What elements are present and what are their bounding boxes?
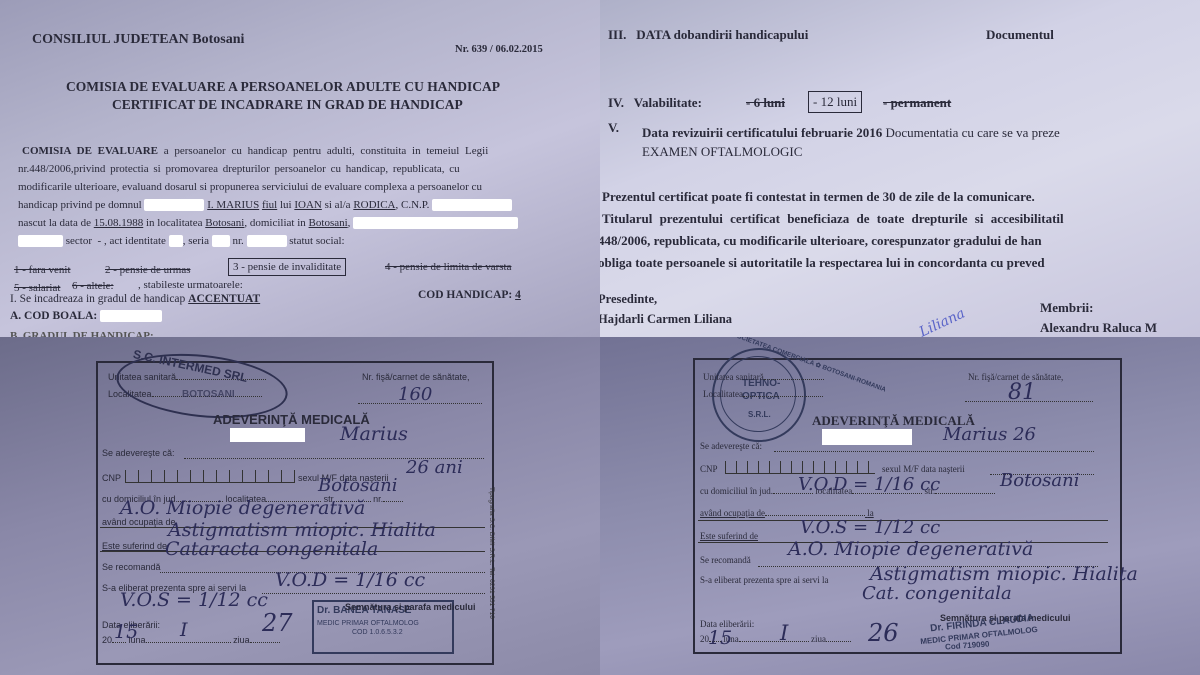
recommend-label: Se recomandă (700, 555, 751, 565)
section-3: III. DATA dobandirii handicapului (608, 27, 808, 43)
recommendation: A.O. Miopie degenerativă (788, 538, 1033, 560)
certificate-page-2: III. DATA dobandirii handicapului Docume… (600, 0, 1200, 337)
mother-name: RODICA (353, 199, 395, 211)
redacted-patient-name (822, 429, 912, 445)
council-city: Botosani (192, 32, 244, 47)
grade-line: I. Se incadreaza in gradul de handicap A… (10, 293, 260, 305)
year: 15 (114, 621, 138, 643)
signature-label: Semnătura şi parafa medicului (345, 602, 476, 612)
visual-acuity-left: V.O.S = 1/12 cc (800, 517, 940, 538)
para-text: nascut la data de (18, 217, 91, 229)
diagnosis-cataract: Cat. congenitala (862, 583, 1012, 604)
rights-line-2: 448/2006, republicata, cu modificarile u… (600, 233, 1042, 249)
para-text: fiul (262, 199, 277, 211)
medical-certificate-2: SOCIETATEA COMERCIALA ✿ BOTOSANI-ROMANIA… (600, 337, 1200, 675)
commission-title: COMISIA DE EVALUARE A PERSOANELOR ADULTE… (66, 79, 500, 95)
visual-acuity-right: V.O.D = 1/16 cc (275, 569, 425, 591)
label: ziua (233, 635, 250, 645)
section-number: IV. (608, 95, 624, 110)
printer-note: Tipografia S.C. DIMI S.R.L. Tel. 0231 53… (488, 487, 495, 619)
paragraph-line-6: sector - , act identitate , seria nr. st… (18, 235, 345, 247)
file-number: 160 (398, 384, 432, 405)
label: ziua (811, 634, 826, 644)
section-label: DATA dobandirii handicapului (636, 27, 808, 42)
file-number-label: Nr. fişă/carnet de sănătate, (362, 372, 470, 382)
unit-label: Unitatea sanitară (703, 372, 824, 382)
diagnosis: Astigmatism miopic. Hialita (870, 563, 1138, 585)
label: Localitatea (703, 389, 743, 399)
cnp-label: CNP (102, 473, 121, 483)
year-prefix: 20 (102, 635, 112, 645)
section-5-number: V. (608, 120, 619, 136)
documentation-text: Documentatia cu care se va preze (885, 125, 1059, 140)
redacted-series (212, 235, 230, 247)
code-value: 4 (515, 289, 521, 301)
validity-selected: - 12 luni (808, 91, 862, 113)
certificate-number: Nr. 639 / 06.02.2015 (455, 44, 543, 55)
para-text: , C.N.P. (395, 199, 429, 211)
status-tail: , stabileste urmatoarele: (138, 279, 243, 291)
status-option-1: 1 - fara venit (14, 264, 71, 276)
sex-birth-label: sexul M/F data naşterii (882, 464, 965, 474)
disease-label: A. COD BOALA: (10, 310, 97, 322)
label: Unitatea sanitară (703, 372, 764, 382)
status-option-4: 4 - pensie de limita de varsta (385, 261, 511, 273)
day: 27 (262, 609, 293, 637)
cnp-label: CNP (700, 464, 718, 474)
stamp-city: BOTOSANI (182, 389, 235, 400)
label: având ocupaţia de (700, 508, 765, 518)
exam-required: EXAMEN OFTALMOLOGIC (642, 144, 802, 160)
paragraph-line-1: COMISIA DE EVALUARE a persoanelor cu han… (22, 145, 488, 157)
person-name: I. MARIUS (207, 199, 259, 211)
section-5: Data revizuirii certificatului februarie… (642, 125, 1060, 141)
paragraph-line-3: modificarile ulterioare, evaluand dosaru… (18, 181, 482, 193)
members-label: Membrii: (1040, 300, 1093, 316)
occupation: A.O. Miopie degenerativă (120, 497, 365, 519)
paragraph-line-4: handicap privind pe domnul I. MARIUS fiu… (18, 199, 512, 211)
visual-acuity-right: V.O.D = 1/16 cc (798, 474, 940, 495)
para-text: a persoanelor cu handicap pentru adulti,… (164, 145, 489, 157)
certify-label: Se adevereşte că: (700, 441, 762, 451)
month: I (180, 619, 188, 641)
status-option-6: 6 - altele: (72, 280, 114, 292)
month: I (780, 621, 788, 645)
doctor-title: MEDIC PRIMAR OFTALMOLOG (317, 620, 452, 627)
member-name: Alexandru Raluca M (1040, 320, 1157, 336)
council-name: CONSILIUL JUDETEAN (32, 32, 189, 47)
medical-certificate-1: Unitatea sanitară Localitatea S.C. INTER… (0, 337, 600, 675)
redacted-patient-name (230, 428, 305, 442)
para-text: in localitatea (146, 217, 203, 229)
birth-date: 15.08.1988 (94, 217, 144, 229)
label: cu domiciliul în jud. (700, 486, 773, 496)
para-text: lui (280, 199, 292, 211)
para-text: nr. (232, 235, 243, 247)
paragraph-line-2: nr.448/2006,privind protectia si promova… (18, 163, 460, 175)
paragraph-line-5: nascut la data de 15.08.1988 in localita… (18, 217, 518, 229)
cut-off-line: B. GRADUL DE HANDICAP: (10, 330, 154, 337)
contest-text: Prezentul certificat poate fi contestat … (602, 189, 1035, 205)
file-number: 81 (1008, 380, 1036, 405)
recommendation: Cataracta congenitala (165, 538, 378, 560)
year: 15 (708, 627, 732, 649)
handicap-code: COD HANDICAP: 4 (418, 289, 521, 301)
validity-option-permanent: - permanent (883, 95, 951, 111)
president-label: Presedinte, (600, 292, 657, 307)
issued-label: S-a eliberat prezenta spre ai servi la (700, 575, 828, 585)
redacted-disease-code (100, 310, 162, 322)
cnp-boxes (125, 470, 295, 483)
cnp-boxes (725, 461, 875, 474)
certificate-title: CERTIFICAT DE INCADRARE IN GRAD DE HANDI… (112, 97, 463, 113)
father-name: IOAN (294, 199, 322, 211)
redacted-surname (144, 199, 204, 211)
day: 26 (868, 619, 899, 647)
stamp-name-line-3: S.R.L. (748, 410, 771, 419)
grade-value: ACCENTUAT (188, 293, 260, 305)
patient-name: Marius 26 (943, 424, 1036, 445)
locality: Botosani (1000, 470, 1079, 491)
certificate-page-1: CONSILIUL JUDETEAN Botosani Nr. 639 / 06… (0, 0, 600, 337)
locality-label: Localitatea (703, 389, 823, 399)
signature: Liliana (917, 306, 968, 337)
certify-label: Se adevereşte că: (102, 448, 175, 458)
president-name: Hajdarli Carmen Liliana (600, 312, 732, 327)
patient-name: Marius (340, 423, 408, 445)
para-text: statut social: (289, 235, 344, 247)
birth-city: Botosani (205, 217, 244, 229)
doctor-code: COD 1.0.6.5.3.2 (352, 629, 452, 636)
para-text: sector (66, 235, 92, 247)
dotted-line (774, 451, 1094, 452)
suffering-label: Este suferind de (700, 531, 758, 541)
disease-code-line: A. COD BOALA: (10, 310, 162, 322)
revision-date: Data revizuirii certificatului februarie… (642, 125, 882, 140)
para-text: si al/a (325, 199, 351, 211)
redacted-cnp (432, 199, 512, 211)
rights-line-3: obliga toate persoanele si autoritatile … (600, 255, 1045, 271)
visual-acuity-left: V.O.S = 1/12 cc (120, 589, 268, 611)
redacted-id-number (247, 235, 287, 247)
para-text: handicap privind pe domnul (18, 199, 142, 211)
section-4: IV. Valabilitate: (608, 95, 702, 111)
commission-lead: COMISIA DE EVALUARE (22, 145, 158, 157)
locality: Botosani (318, 475, 397, 496)
age: 26 ani (406, 457, 463, 478)
section-number: III. (608, 27, 626, 42)
section-3-document: Documentul (986, 27, 1054, 43)
section-label: Valabilitate: (634, 95, 702, 110)
status-option-selected: 3 - pensie de invaliditate (228, 258, 346, 276)
redacted-address (353, 217, 518, 229)
para-text: , domiciliat in (244, 217, 305, 229)
dotted-line (262, 593, 485, 594)
validity-option-6: - 6 luni (746, 95, 785, 111)
para-text: , act identitate (104, 235, 166, 247)
para-text: , seria (183, 235, 209, 247)
council-header: CONSILIUL JUDETEAN Botosani (32, 32, 244, 48)
home-city: Botosani (309, 217, 348, 229)
recommend-label: Se recomandă (102, 562, 161, 572)
redacted-id-type (169, 235, 183, 247)
status-option-2: 2 - pensie de urmas (105, 264, 191, 276)
para-text: - (98, 235, 102, 247)
occupation-label: având ocupaţia de (102, 517, 176, 527)
suffering-label: Este suferind de (102, 541, 167, 551)
redacted-street (18, 235, 63, 247)
rights-line-1: Titularul prezentului certificat benefic… (602, 211, 1064, 227)
grade-label: I. Se incadreaza in gradul de handicap (10, 293, 185, 305)
code-label: COD HANDICAP: (418, 289, 512, 301)
